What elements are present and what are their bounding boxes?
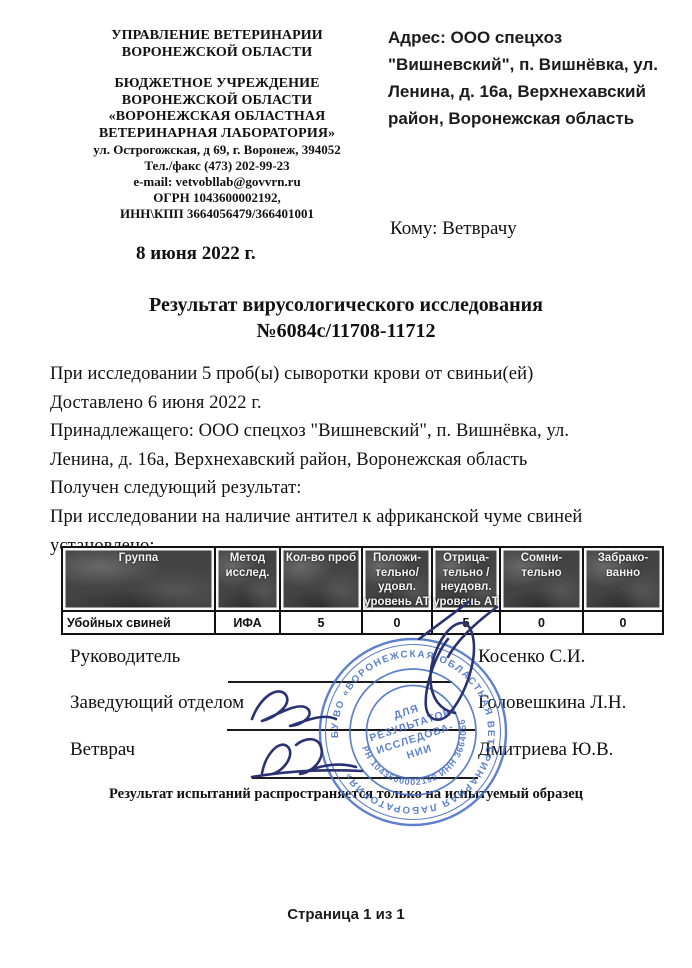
body-line: Получен следующий результат: [50, 474, 660, 503]
cell-negative: 5 [432, 611, 500, 634]
lab-email: e-mail: vetvobllab@govvrn.ru [66, 174, 368, 190]
document-title-number: №6084с/11708-11712 [0, 318, 692, 344]
table-row: Убойных свиней ИФА 5 0 5 0 0 [62, 611, 663, 634]
column-header-negative: Отрица- тельно / неудовл. уровень АТ [432, 547, 500, 611]
body-line: Принадлежащего: ООО спецхоз "Вишневский"… [50, 417, 660, 446]
stamp-center-line: ДЛЯ [392, 702, 420, 721]
document-title-line1: Результат вирусологического исследования [0, 292, 692, 318]
cell-rejected: 0 [583, 611, 663, 634]
signature-line [252, 777, 478, 779]
org-line: ВОРОНЕЖСКОЙ ОБЛАСТИ [66, 45, 368, 62]
recipient-address: Адрес: ООО спецхоз "Вишневский", п. Вишн… [388, 24, 674, 132]
org-line: УПРАВЛЕНИЕ ВЕТЕРИНАРИИ [66, 28, 368, 45]
cell-group: Убойных свиней [62, 611, 215, 634]
column-header-positive: Положи- тельно/ удовл. уровень АТ [362, 547, 432, 611]
org-line: ВЕТЕРИНАРНАЯ ЛАБОРАТОРИЯ» [66, 126, 368, 143]
stamp-center-line: РЕЗУЛЬТАТОВ [368, 706, 453, 744]
stamp-center-line: ИССЛЕДОВА- [375, 720, 455, 756]
column-header-sample-count: Кол-во проб [280, 547, 362, 611]
signature-name: Дмитриева Ю.В. [478, 739, 613, 761]
column-header-method: Метод исслед. [215, 547, 280, 611]
signature-role: Заведующий отделом [70, 692, 244, 714]
cell-method: ИФА [215, 611, 280, 634]
body-line: При исследовании на наличие антител к аф… [50, 503, 660, 532]
body-line: Доставлено 6 июня 2022 г. [50, 389, 660, 418]
signature-role: Руководитель [70, 646, 180, 668]
org-line: ВОРОНЕЖСКОЙ ОБЛАСТИ [66, 93, 368, 110]
column-header-rejected: Забрако- ванно [583, 547, 663, 611]
page-number: Страница 1 из 1 [0, 906, 692, 923]
signature-name: Косенко С.И. [478, 646, 585, 668]
table-header-row: Группа Метод исслед. Кол-во проб Положи-… [62, 547, 663, 611]
cell-sample-count: 5 [280, 611, 362, 634]
document-page: УПРАВЛЕНИЕ ВЕТЕРИНАРИИ ВОРОНЕЖСКОЙ ОБЛАС… [0, 0, 692, 968]
body-line: Ленина, д. 16а, Верхнехавский район, Вор… [50, 446, 660, 475]
results-table: Группа Метод исслед. Кол-во проб Положи-… [61, 546, 664, 635]
column-header-group: Группа [62, 547, 215, 611]
signature-veterinarian-ink [252, 739, 362, 777]
signature-head-of-department-ink [252, 691, 336, 726]
lab-ogrn: ОГРН 1043600002192, [66, 190, 368, 206]
document-date: 8 июня 2022 г. [136, 243, 256, 265]
lab-address: ул. Острогожская, д 69, г. Воронеж, 3940… [66, 142, 368, 158]
lab-letterhead: УПРАВЛЕНИЕ ВЕТЕРИНАРИИ ВОРОНЕЖСКОЙ ОБЛАС… [66, 28, 368, 222]
recipient-to: Кому: Ветврачу [390, 218, 517, 240]
lab-inn-kpp: ИНН\КПП 3664056479/366401001 [66, 206, 368, 222]
lab-phone: Тел./факс (473) 202-99-23 [66, 158, 368, 174]
cell-doubtful: 0 [500, 611, 583, 634]
signature-name: Головешкина Л.Н. [478, 692, 626, 714]
disclaimer-note: Результат испытаний распространяется тол… [0, 786, 692, 803]
signature-line [228, 681, 452, 683]
signature-role: Ветврач [70, 739, 135, 761]
org-line: БЮДЖЕТНОЕ УЧРЕЖДЕНИЕ [66, 76, 368, 93]
column-header-doubtful: Сомни- тельно [500, 547, 583, 611]
signature-line [227, 729, 475, 731]
document-title: Результат вирусологического исследования… [0, 292, 692, 344]
body-line: При исследовании 5 проб(ы) сыворотки кро… [50, 360, 660, 389]
body-text: При исследовании 5 проб(ы) сыворотки кро… [50, 360, 660, 560]
stamp-center-line: НИИ [405, 742, 434, 762]
cell-positive: 0 [362, 611, 432, 634]
org-line: «ВОРОНЕЖСКАЯ ОБЛАСТНАЯ [66, 109, 368, 126]
